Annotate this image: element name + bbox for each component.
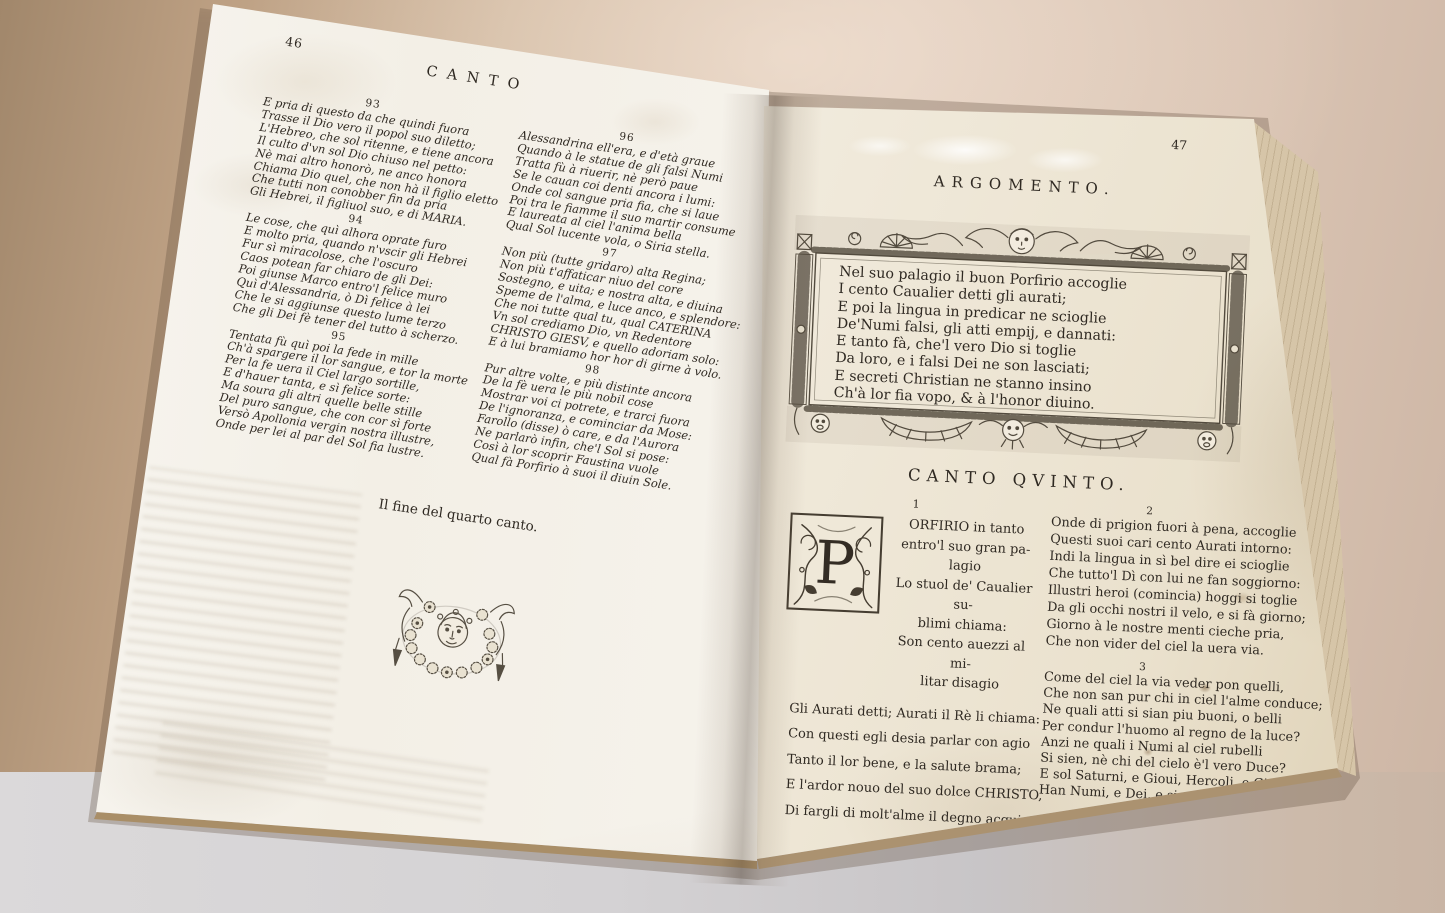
photo-of-open-book: 46 CANTO 93 E pria di questo da che quin… [0, 0, 1445, 913]
decorated-initial-p-woodcut-icon: P [786, 512, 885, 618]
argomento-verse: Nel suo palagio il buon Porfirio accogli… [825, 264, 1223, 420]
stanza-2: 2 Onde di prigion fuori à pena, accoglie… [1036, 499, 1258, 659]
left-folio-number: 46 [284, 34, 304, 51]
stanza-1-full-lines: Gli Aurati detti; Aurati il Rè li chiama… [774, 695, 1036, 834]
stanza-1-wrapped-lines: ORFIRIO in tantoentro'l suo gran pa-lagi… [884, 515, 1042, 697]
verse-lines: Onde di prigion fuori à pena, accoglieQu… [1036, 513, 1257, 659]
stanza-3: 3 Come del ciel la via veder pon quelli,… [1029, 655, 1250, 808]
svg-text:P: P [813, 528, 856, 599]
verse-line: Son cento auezzi al mi- [885, 631, 1037, 677]
right-folio-number: 47 [1171, 137, 1188, 153]
cherub-tailpiece-woodcut-icon [381, 575, 523, 697]
verse-line: Lo stuol de' Caualier su- [888, 573, 1040, 619]
argomento-frame-woodcut: Nel suo palagio il buon Porfirio accogli… [785, 212, 1250, 464]
stanza-1: 1 P [774, 492, 1045, 834]
